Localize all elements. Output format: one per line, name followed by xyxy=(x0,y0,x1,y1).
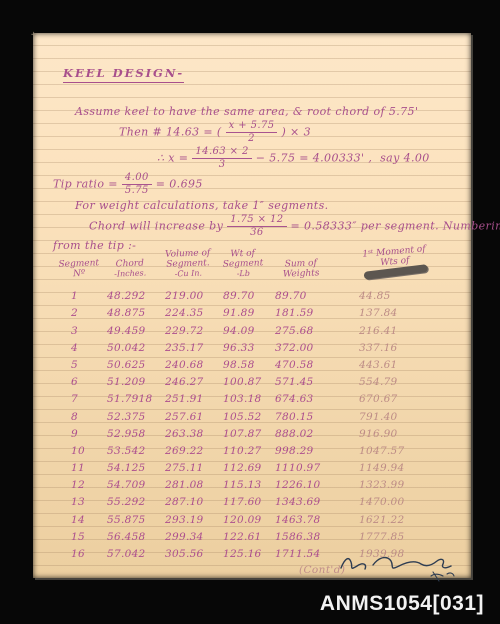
table-row: 8 52.375 257.61 105.52 780.15 791.40 xyxy=(57,405,461,422)
cell-chord: 52.375 xyxy=(101,411,159,423)
cell-weight: 110.27 xyxy=(217,445,269,457)
segment-table: Segment Nº Chord -Inches. Volume of Segm… xyxy=(57,247,461,560)
cell-chord: 52.958 xyxy=(101,428,159,440)
cell-chord: 48.292 xyxy=(101,290,159,302)
table-row: 3 49.459 229.72 94.09 275.68 216.41 xyxy=(57,319,461,336)
note-solve-x: ∴ x =14.63 × 23− 5.75 = 4.00333' , say 4… xyxy=(157,147,430,170)
header-chord: Chord -Inches. xyxy=(101,258,160,280)
header-volume: Volume of Segment. -Cu In. xyxy=(158,248,217,280)
cell-chord: 57.042 xyxy=(101,548,159,560)
cell-volume: 281.08 xyxy=(159,479,217,491)
cell-sum-weights: 1586.38 xyxy=(269,531,333,543)
chord-increase-prefix: Chord will increase by xyxy=(89,220,223,233)
cell-sum-weights: 888.02 xyxy=(269,428,333,440)
fraction-root-chord: x + 5.752 xyxy=(226,121,278,144)
header-weight: Wt of Segment -Lb xyxy=(216,248,269,280)
equation-suffix: ) × 3 xyxy=(281,126,311,139)
cell-first-moment: 791.40 xyxy=(333,411,457,423)
equation-prefix: Then # 14.63 = ( xyxy=(119,126,222,139)
fraction-chord-increment: 1.75 × 1236 xyxy=(227,215,286,238)
cell-weight: 122.61 xyxy=(217,531,269,543)
therefore-prefix: ∴ x = xyxy=(157,152,188,165)
cell-weight: 115.13 xyxy=(217,479,269,491)
table-row: 13 55.292 287.10 117.60 1343.69 1470.00 xyxy=(57,491,461,508)
cell-sum-weights: 1711.54 xyxy=(269,548,333,560)
table-row: 9 52.958 263.38 107.87 888.02 916.90 xyxy=(57,423,461,440)
registration-cross-mark: + xyxy=(31,31,40,40)
cell-segment-no: 6 xyxy=(57,376,101,388)
cell-segment-no: 13 xyxy=(57,496,101,508)
cell-segment-no: 3 xyxy=(57,325,101,337)
cell-first-moment: 137.84 xyxy=(333,307,457,319)
cell-sum-weights: 1463.78 xyxy=(269,514,333,526)
cell-weight: 117.60 xyxy=(217,496,269,508)
note-assumption: Assume keel to have the same area, & roo… xyxy=(75,105,418,118)
cell-first-moment: 1149.94 xyxy=(333,462,457,474)
table-row: 1 48.292 219.00 89.70 89.70 44.85 xyxy=(57,285,461,302)
cell-first-moment: 1323.99 xyxy=(333,479,457,491)
tip-ratio-label: Tip ratio = xyxy=(53,178,118,191)
cell-segment-no: 7 xyxy=(57,393,101,405)
cell-volume: 257.61 xyxy=(159,411,217,423)
solution-mid: − 5.75 = 4.00333' , xyxy=(256,152,373,165)
table-row: 7 51.7918 251.91 103.18 674.63 670.67 xyxy=(57,388,461,405)
cell-chord: 48.875 xyxy=(101,307,159,319)
cell-weight: 112.69 xyxy=(217,462,269,474)
fraction-x-solution: 14.63 × 23 xyxy=(192,147,251,170)
cell-segment-no: 8 xyxy=(57,411,101,423)
cell-volume: 235.17 xyxy=(159,342,217,354)
cell-segment-no: 2 xyxy=(57,307,101,319)
cell-chord: 50.042 xyxy=(101,342,159,354)
cell-segment-no: 12 xyxy=(57,479,101,491)
chord-increase-suffix: = 0.58333″ per segment. Numbering segmen… xyxy=(291,220,500,233)
cell-weight: 89.70 xyxy=(217,290,269,302)
table-row: 15 56.458 299.34 122.61 1586.38 1777.85 xyxy=(57,526,461,543)
cell-weight: 91.89 xyxy=(217,307,269,319)
tip-ratio-value: = 0.695 xyxy=(156,178,203,191)
cell-first-moment: 337.16 xyxy=(333,342,457,354)
cell-chord: 54.125 xyxy=(101,462,159,474)
cell-sum-weights: 1343.69 xyxy=(269,496,333,508)
table-row: 6 51.209 246.27 100.87 571.45 554.79 xyxy=(57,371,461,388)
fraction-tip-ratio: 4.005.75 xyxy=(122,173,152,196)
cell-sum-weights: 674.63 xyxy=(269,393,333,405)
cell-volume: 263.38 xyxy=(159,428,217,440)
cell-volume: 293.19 xyxy=(159,514,217,526)
table-row: 11 54.125 275.11 112.69 1110.97 1149.94 xyxy=(57,457,461,474)
cell-sum-weights: 372.00 xyxy=(269,342,333,354)
table-row: 5 50.625 240.68 98.58 470.58 443.61 xyxy=(57,354,461,371)
cell-volume: 287.10 xyxy=(159,496,217,508)
cell-volume: 246.27 xyxy=(159,376,217,388)
cell-sum-weights: 780.15 xyxy=(269,411,333,423)
cell-segment-no: 5 xyxy=(57,359,101,371)
cell-volume: 299.34 xyxy=(159,531,217,543)
cell-segment-no: 1 xyxy=(57,290,101,302)
cell-first-moment: 216.41 xyxy=(333,325,457,337)
table-row: 14 55.875 293.19 120.09 1463.78 1621.22 xyxy=(57,508,461,525)
cell-sum-weights: 470.58 xyxy=(269,359,333,371)
table-header-row: Segment Nº Chord -Inches. Volume of Segm… xyxy=(57,247,461,279)
cell-first-moment: 1470.00 xyxy=(333,496,457,508)
note-chord-increase: Chord will increase by1.75 × 1236= 0.583… xyxy=(89,215,500,238)
cell-first-moment: 1621.22 xyxy=(333,514,457,526)
cell-chord: 51.7918 xyxy=(101,393,159,405)
cell-first-moment: 670.67 xyxy=(333,393,457,405)
header-first-moment: 1ˢᵗ Moment of Wts of xyxy=(332,242,458,285)
paper-sheet: + KEEL DESIGN- Assume keel to have the s… xyxy=(33,33,471,578)
cell-sum-weights: 998.29 xyxy=(269,445,333,457)
table-row: 2 48.875 224.35 91.89 181.59 137.84 xyxy=(57,302,461,319)
note-tip-ratio: Tip ratio =4.005.75= 0.695 xyxy=(53,173,203,196)
cell-first-moment: 1047.57 xyxy=(333,445,457,457)
cell-weight: 125.16 xyxy=(217,548,269,560)
cell-segment-no: 15 xyxy=(57,531,101,543)
cell-volume: 275.11 xyxy=(159,462,217,474)
cell-sum-weights: 275.68 xyxy=(269,325,333,337)
cell-segment-no: 4 xyxy=(57,342,101,354)
cell-sum-weights: 181.59 xyxy=(269,307,333,319)
cell-segment-no: 10 xyxy=(57,445,101,457)
note-area-equation: Then # 14.63 = (x + 5.752) × 3 xyxy=(119,121,311,144)
cell-first-moment: 1777.85 xyxy=(333,531,457,543)
archive-reference-label: ANMS1054[031] xyxy=(320,592,484,616)
cell-segment-no: 11 xyxy=(57,462,101,474)
cell-volume: 305.56 xyxy=(159,548,217,560)
cell-volume: 251.91 xyxy=(159,393,217,405)
cell-first-moment: 554.79 xyxy=(333,376,457,388)
cell-volume: 229.72 xyxy=(159,325,217,337)
cell-weight: 94.09 xyxy=(217,325,269,337)
cell-sum-weights: 571.45 xyxy=(269,376,333,388)
solution-rounded: say 4.00 xyxy=(380,152,430,165)
cell-chord: 56.458 xyxy=(101,531,159,543)
archive-caption-bar: ANMS1054[031] xyxy=(0,578,500,624)
page-title: KEEL DESIGN- xyxy=(63,66,184,83)
cell-sum-weights: 1226.10 xyxy=(269,479,333,491)
cell-weight: 120.09 xyxy=(217,514,269,526)
note-weight-calc: For weight calculations, take 1″ segment… xyxy=(75,199,329,212)
cell-volume: 240.68 xyxy=(159,359,217,371)
table-row: 10 53.542 269.22 110.27 998.29 1047.57 xyxy=(57,440,461,457)
archival-photo: { "title": "KEEL DESIGN-", "notes": { "l… xyxy=(0,0,500,624)
header-segment-no: Segment Nº xyxy=(57,258,102,280)
cell-chord: 50.625 xyxy=(101,359,159,371)
cell-weight: 98.58 xyxy=(217,359,269,371)
cell-first-moment: 916.90 xyxy=(333,428,457,440)
cell-weight: 100.87 xyxy=(217,376,269,388)
cell-sum-weights: 89.70 xyxy=(269,290,333,302)
cell-sum-weights: 1110.97 xyxy=(269,462,333,474)
cell-first-moment: 44.85 xyxy=(333,290,457,302)
cell-chord: 51.209 xyxy=(101,376,159,388)
cell-chord: 53.542 xyxy=(101,445,159,457)
cell-chord: 54.709 xyxy=(101,479,159,491)
cell-segment-no: 14 xyxy=(57,514,101,526)
cell-weight: 96.33 xyxy=(217,342,269,354)
header-sum-weights: Sum of Weights xyxy=(269,258,334,280)
cell-weight: 105.52 xyxy=(217,411,269,423)
table-row: 4 50.042 235.17 96.33 372.00 337.16 xyxy=(57,337,461,354)
cell-volume: 269.22 xyxy=(159,445,217,457)
cell-segment-no: 16 xyxy=(57,548,101,560)
cell-chord: 49.459 xyxy=(101,325,159,337)
cell-chord: 55.875 xyxy=(101,514,159,526)
cell-volume: 219.00 xyxy=(159,290,217,302)
cell-segment-no: 9 xyxy=(57,428,101,440)
cell-weight: 103.18 xyxy=(217,393,269,405)
table-row: 12 54.709 281.08 115.13 1226.10 1323.99 xyxy=(57,474,461,491)
cell-first-moment: 443.61 xyxy=(333,359,457,371)
cell-weight: 107.87 xyxy=(217,428,269,440)
cell-volume: 224.35 xyxy=(159,307,217,319)
cell-chord: 55.292 xyxy=(101,496,159,508)
